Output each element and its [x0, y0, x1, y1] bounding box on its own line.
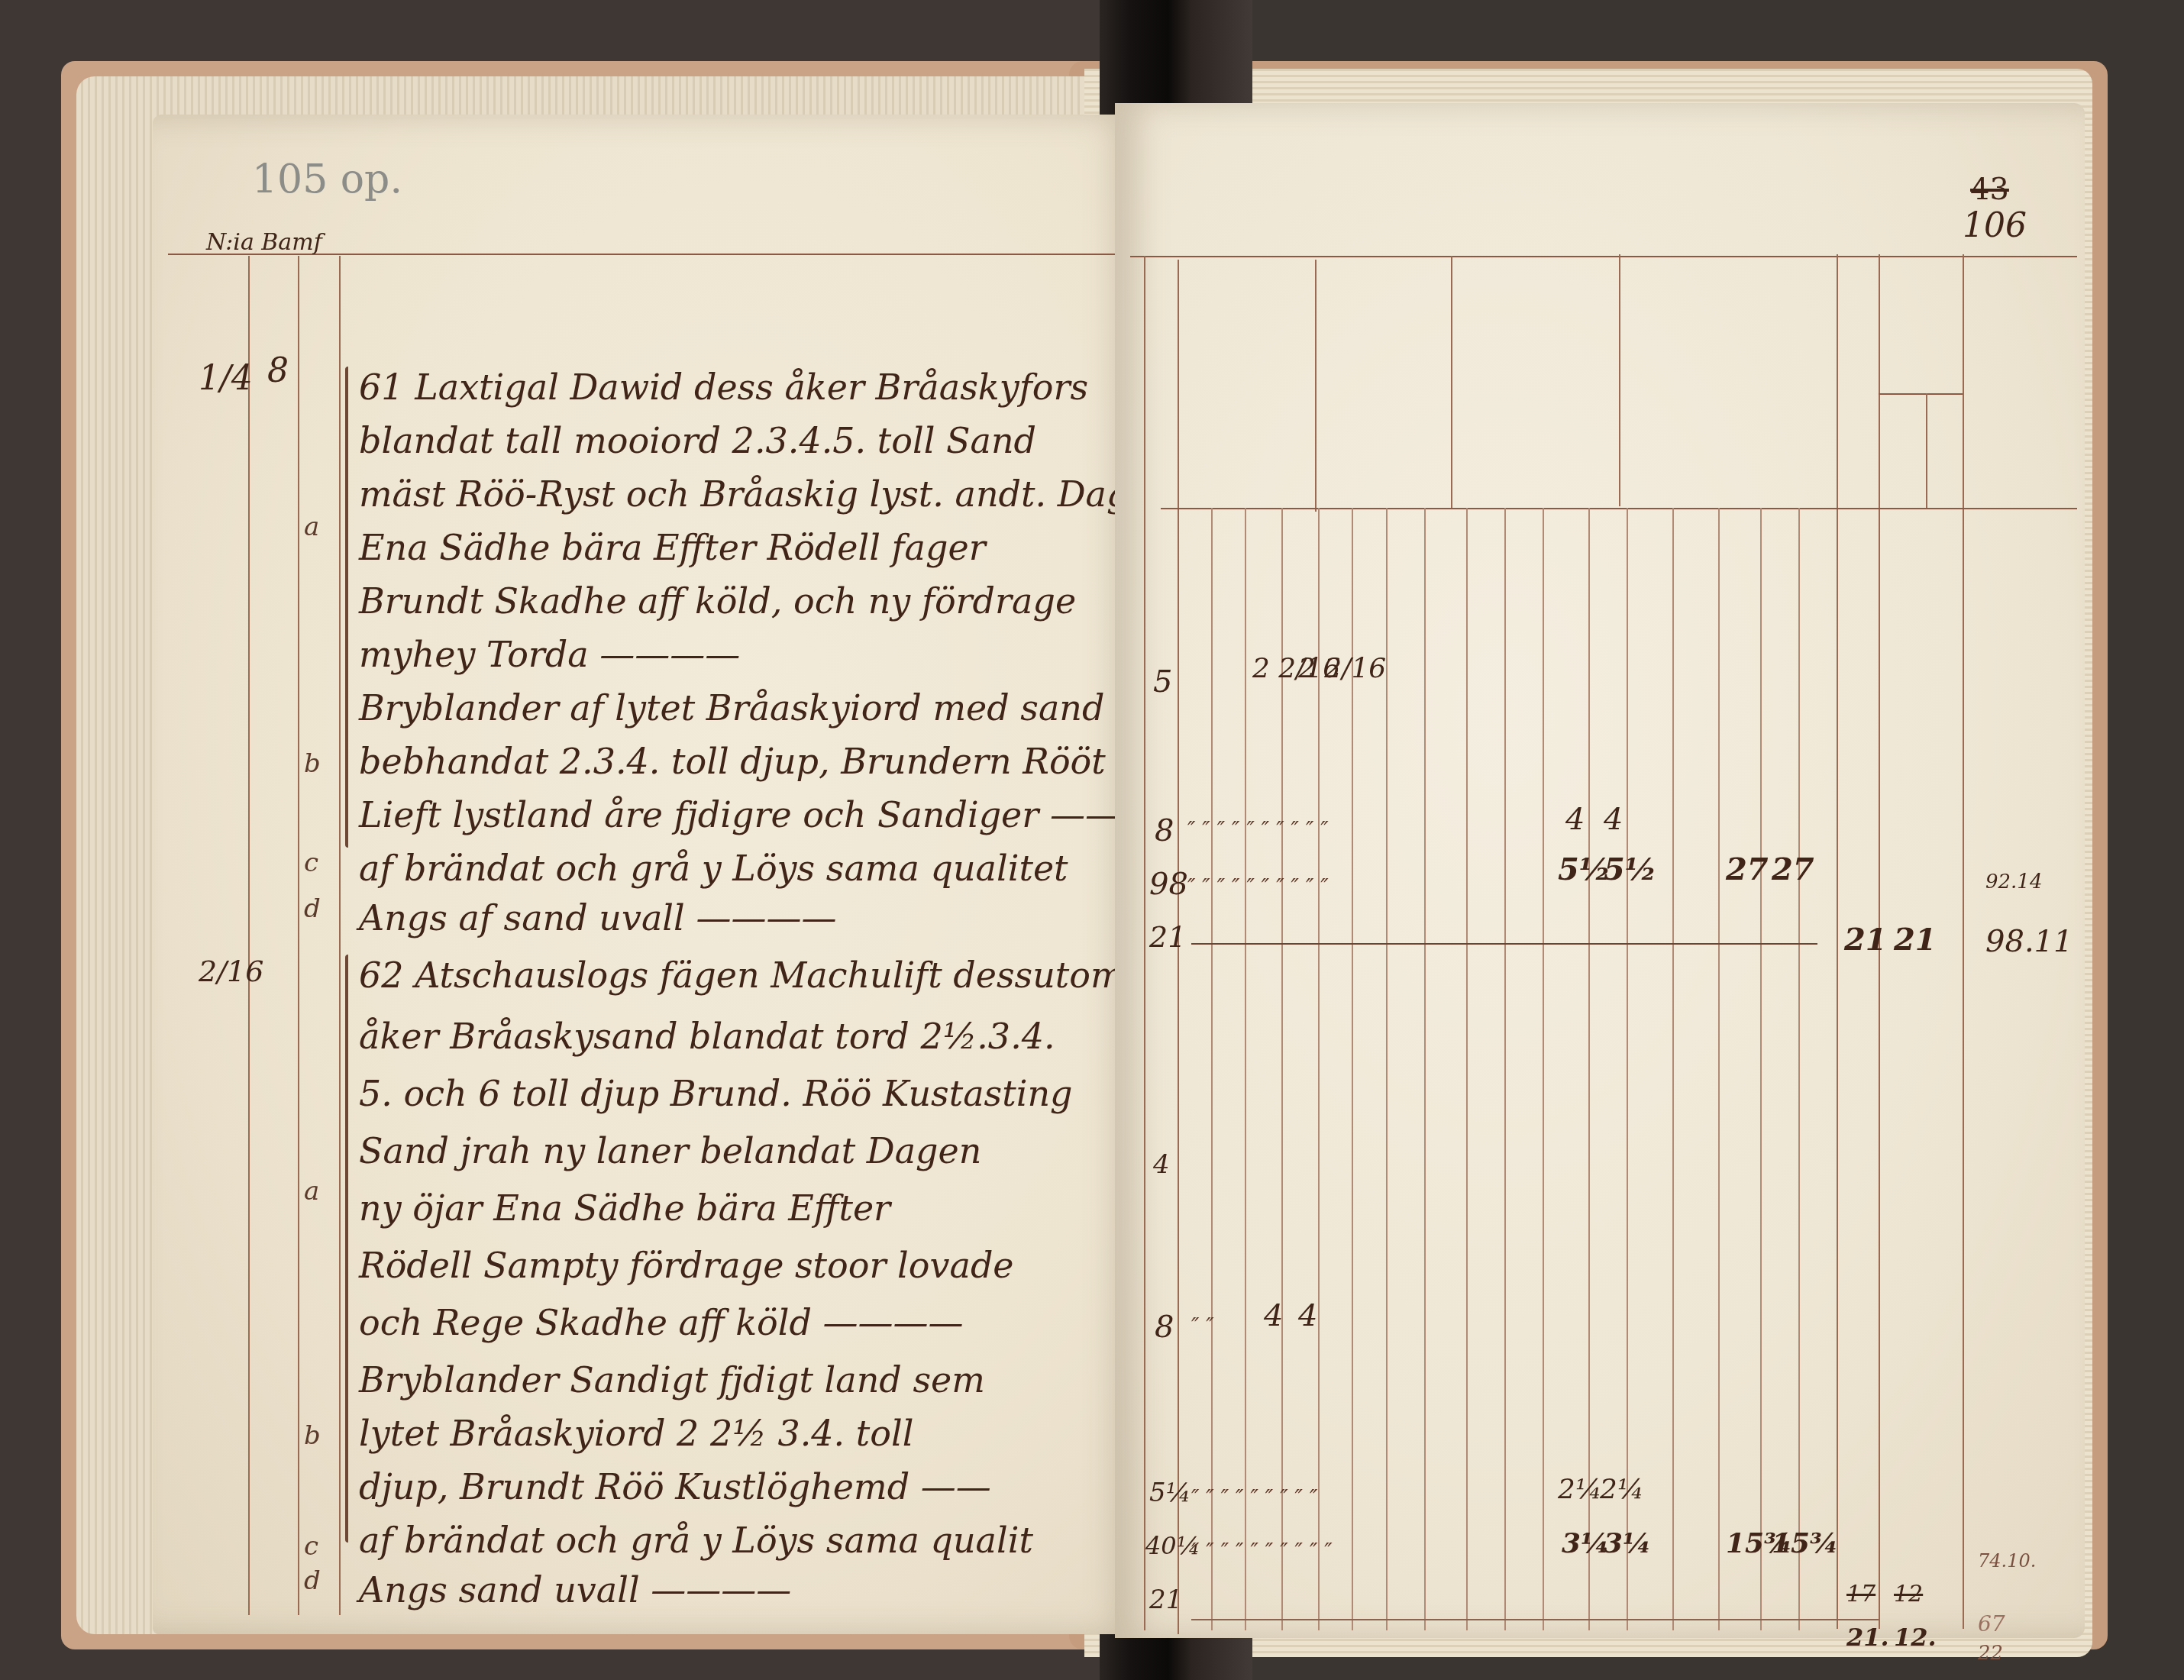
subcolumn-rule	[1588, 508, 1590, 1630]
margin-mark: 8	[267, 351, 289, 390]
row-value: 2¼	[1600, 1474, 1644, 1505]
right-page: 43 106 5 2 2/16 2 2/16 8 ″ ″ ″ ″ ″ ″ ″ ″…	[1115, 103, 2085, 1638]
entry-line: af brändat och grå y Löys sama qualitet	[359, 848, 1068, 889]
ditto-marks: ″ ″	[1191, 1313, 1214, 1339]
entry-line: 61 Laxtigal Dawid dess åker Bråaskyfors	[359, 367, 1088, 408]
entry-line: Sand jrah ny laner belandat Dagen	[359, 1130, 981, 1171]
row-value: 3¼	[1562, 1527, 1610, 1559]
margin-total-lower: 74.10.	[1978, 1550, 2036, 1572]
column-header: N:ia Bamf	[206, 229, 322, 256]
section-label: c	[304, 1531, 318, 1562]
section-label: c	[304, 848, 318, 878]
entry-line: myhey Torda ————	[359, 634, 740, 675]
row-value: 12.	[1894, 1623, 1937, 1652]
column-rule	[1619, 254, 1620, 506]
row-ref: 8	[1155, 813, 1174, 848]
margin-total-lower: 67	[1978, 1611, 2005, 1636]
bracket-62a	[345, 955, 348, 1382]
row-value: 21	[1844, 922, 1887, 958]
entry-line: Bryblander Sandigt fjdigt land sem	[359, 1359, 985, 1401]
entry-line: ny öjar Ena Sädhe bära Effter	[359, 1187, 890, 1229]
header-rule	[1130, 256, 2077, 257]
section-label: d	[304, 893, 321, 924]
row-ref: 21	[1149, 920, 1186, 954]
row-ref: 98	[1149, 867, 1188, 902]
entry-line: blandat tall mooiord 2.3.4.5. toll Sand	[359, 420, 1036, 461]
entry-line: 5. och 6 toll djup Brund. Röö Kustasting	[359, 1073, 1073, 1114]
row-value: 4	[1298, 1298, 1317, 1333]
entry-line: Lieft lystland åre fjdigre och Sandiger …	[359, 794, 1120, 835]
subcolumn-rule	[1543, 508, 1544, 1630]
section-label: d	[304, 1565, 321, 1596]
row-value: 3¼	[1604, 1527, 1652, 1559]
margin-fraction: 2/16	[199, 955, 263, 988]
bracket-62b	[345, 1367, 348, 1543]
column-rule	[1451, 256, 1452, 508]
row-value-struck: 12	[1894, 1581, 1923, 1607]
entry-line: djup, Brundt Röö Kustlöghemd ——	[359, 1466, 991, 1507]
row-ref: 5¼	[1149, 1478, 1191, 1508]
subcolumn-rule	[1424, 508, 1426, 1630]
subcolumn-rule	[1504, 508, 1506, 1630]
entry-line: bebhandat 2.3.4. toll djup, Brundern Röö…	[359, 741, 1106, 782]
column-rule	[1963, 254, 1964, 1629]
entry-line: lytet Bråaskyiord 2 2½ 3.4. toll	[359, 1413, 913, 1454]
row-value: 4	[1264, 1298, 1283, 1333]
subcolumn-rule	[1718, 508, 1720, 1630]
entry-line: Rödell Sampty fördrage stoor lovade	[359, 1245, 1014, 1286]
section-label: b	[304, 748, 321, 779]
section-label: a	[304, 512, 319, 542]
bracket-61a	[345, 367, 348, 703]
entry-line: af brändat och grå y Löys sama qualit	[359, 1520, 1033, 1561]
ditto-line	[1191, 943, 1817, 945]
ditto-marks: ″ ″ ″ ″ ″ ″ ″ ″ ″	[1191, 1485, 1317, 1510]
margin-total-lower: 22	[1978, 1642, 2003, 1665]
subheader-rule	[1161, 508, 2077, 509]
ditto-marks: ″ ″ ″ ″ ″ ″ ″ ″ ″ ″	[1187, 817, 1329, 842]
column-rule	[1837, 254, 1838, 1629]
entry-line: 62 Atschauslogs fägen Machulift dessutom	[359, 955, 1124, 996]
entry-line: Angs sand uvall ————	[359, 1569, 791, 1611]
margin-fraction: 1/4	[199, 359, 253, 398]
ditto-marks: ″ ″ ″ ″ ″ ″ ″ ″ ″ ″	[1191, 1539, 1333, 1564]
entry-line: Ena Sädhe bära Effter Rödell fager	[359, 527, 986, 568]
subcolumn-rule	[1211, 508, 1213, 1630]
subcolumn-rule	[1466, 508, 1468, 1630]
subcolumn-rule	[1245, 508, 1246, 1630]
subcolumn-rule	[1386, 508, 1388, 1630]
margin-total-ink: 92.14	[1985, 871, 2042, 893]
row-value: 4	[1565, 802, 1585, 837]
pencil-annotation: 105 op.	[252, 157, 402, 202]
section-label: a	[304, 1176, 319, 1207]
row-value: 27	[1726, 851, 1769, 887]
row-value: 15¾	[1772, 1527, 1839, 1559]
folio-number: 106	[1963, 206, 2027, 245]
ditto-marks: ″ ″ ″ ″ ″ ″ ″ ″ ″ ″	[1187, 874, 1329, 900]
column-rule	[1926, 393, 1927, 508]
row-ref: 5	[1153, 664, 1172, 699]
column-rule	[298, 256, 299, 1615]
row-value: 21.	[1846, 1623, 1889, 1652]
column-rule	[248, 256, 250, 1615]
folio-struck: 43	[1970, 172, 2009, 207]
subcolumn-rule	[1798, 508, 1800, 1630]
entry-line: Angs af sand uvall ————	[359, 897, 836, 939]
closing-line	[1191, 1619, 1879, 1620]
row-ref: 8	[1155, 1310, 1174, 1345]
entry-line: mäst Röö-Ryst och Bråaskig lyst. andt. D…	[359, 473, 1229, 515]
column-rule	[1315, 260, 1317, 512]
bracket-61b	[345, 695, 348, 848]
margin-total-pencil: 98.11	[1985, 924, 2073, 959]
section-label: b	[304, 1420, 321, 1451]
subcolumn-rule	[1627, 508, 1628, 1630]
row-value: 27	[1772, 851, 1814, 887]
row-value: 2 2/16	[1298, 653, 1386, 684]
entry-line: och Rege Skadhe aff köld ————	[359, 1302, 964, 1343]
subcolumn-rule	[1672, 508, 1674, 1630]
entry-line: Brundt Skadhe aff köld, och ny fördrage	[359, 580, 1076, 622]
row-value: 5½	[1604, 851, 1657, 887]
row-ref: 21	[1149, 1585, 1182, 1615]
column-rule	[1144, 256, 1145, 1630]
left-page: 105 op. N:ia Bamf 1/4 8 a 61 Laxtigal Da…	[153, 115, 1138, 1634]
row-value: 21	[1894, 922, 1937, 958]
entry-line: åker Bråaskysand blandat tord 2½.3.4.	[359, 1016, 1055, 1057]
subcolumn-rule	[1760, 508, 1762, 1630]
row-value: 2¼	[1558, 1474, 1602, 1505]
entry-line: Bryblander af lytet Bråaskyiord med sand	[359, 687, 1104, 729]
row-value-struck: 17	[1846, 1581, 1875, 1607]
header-subrule	[1879, 393, 1963, 395]
row-value: 4	[1604, 802, 1623, 837]
row-ref: 4	[1153, 1149, 1170, 1180]
column-rule	[339, 256, 341, 1615]
